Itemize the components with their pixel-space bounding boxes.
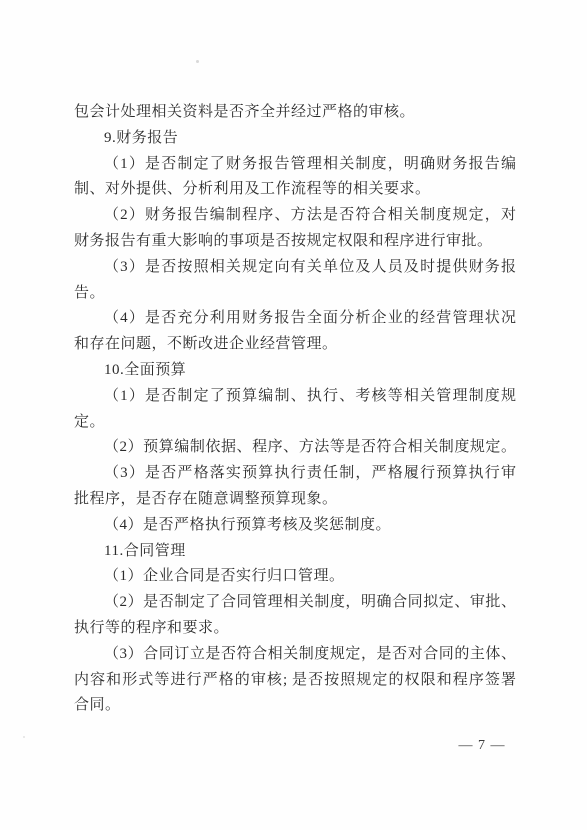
text-line: 内容和形式等进行严格的审核; 是否按照规定的权限和程序签署 [74, 668, 516, 694]
text-line: （4）是否充分利用财务报告全面分析企业的经营管理状况 [74, 306, 516, 332]
text-line: 批程序，是否存在随意调整预算现象。 [74, 487, 516, 513]
text-line: 执行等的程序和要求。 [74, 616, 516, 642]
text-line: 告。 [74, 281, 516, 307]
text-line: （4）是否严格执行预算考核及奖惩制度。 [74, 513, 516, 539]
text-line: 财务报告有重大影响的事项是否按规定权限和程序进行审批。 [74, 229, 516, 255]
text-line: （1）是否制定了财务报告管理相关制度，明确财务报告编 [74, 152, 516, 178]
page-number: — 7 — [444, 738, 520, 754]
text-line: （1）企业合同是否实行归口管理。 [74, 564, 516, 590]
document-page: 包会计处理相关资料是否齐全并经过严格的审核。 9.财务报告 （1）是否制定了财务… [0, 0, 587, 830]
text-line: （2）预算编制依据、程序、方法等是否符合相关制度规定。 [74, 435, 516, 461]
text-line: （3）是否按照相关规定向有关单位及人员及时提供财务报 [74, 255, 516, 281]
text-line: （3）合同订立是否符合相关制度规定，是否对合同的主体、 [74, 642, 516, 668]
text-line: （2）财务报告编制程序、方法是否符合相关制度规定，对 [74, 203, 516, 229]
text-line: 定。 [74, 410, 516, 436]
text-line: （1）是否制定了预算编制、执行、考核等相关管理制度规 [74, 384, 516, 410]
section-heading-9: 9.财务报告 [74, 126, 516, 152]
document-text-block: 包会计处理相关资料是否齐全并经过严格的审核。 9.财务报告 （1）是否制定了财务… [74, 100, 516, 719]
scan-speckle [196, 60, 199, 63]
text-line: （3）是否严格落实预算执行责任制，严格履行预算执行审 [74, 461, 516, 487]
text-line: 和存在问题，不断改进企业经营管理。 [74, 332, 516, 358]
section-heading-11: 11.合同管理 [74, 539, 516, 565]
text-line: 制、对外提供、分析利用及工作流程等的相关要求。 [74, 177, 516, 203]
scan-speckle [23, 736, 25, 738]
text-line: 包会计处理相关资料是否齐全并经过严格的审核。 [74, 100, 516, 126]
section-heading-10: 10.全面预算 [74, 358, 516, 384]
text-line: （2）是否制定了合同管理相关制度，明确合同拟定、审批、 [74, 590, 516, 616]
text-line: 合同。 [74, 693, 516, 719]
